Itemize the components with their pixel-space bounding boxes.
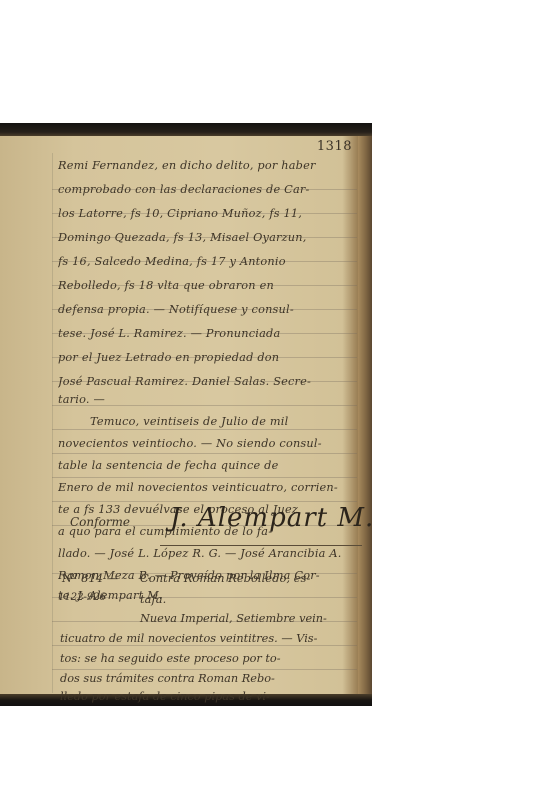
handwritten-line: los Latorre, fs 10, Cipriano Muñoz, fs 1… [58, 207, 358, 231]
handwritten-line: Nueva Imperial, Setiembre vein- [140, 612, 327, 625]
handwritten-line: comprobado con las declaraciones de Car- [58, 183, 358, 207]
margin-line [52, 153, 53, 693]
case-title: Contra Roman Rebolledo, es- [140, 571, 310, 585]
signature-rule [160, 545, 362, 546]
handwritten-line: Enero de mil novecientos veinticuatro, c… [58, 481, 358, 505]
handwritten-line: llado. — José L. López R. G. — José Aran… [58, 547, 358, 571]
page-number: 1318 [317, 139, 352, 154]
handwritten-line: fs 16, Salcedo Medina, fs 17 y Antonio [58, 255, 358, 279]
handwritten-line: Remi Fernandez, en dicho delito, por hab… [58, 159, 358, 183]
handwritten-line: tos: se ha seguido este proceso por to- [60, 652, 281, 665]
handwritten-line: tese. José L. Ramirez. — Pronunciada [58, 327, 358, 351]
handwritten-line: dos sus trámites contra Roman Rebo- [60, 672, 275, 685]
handwritten-line: Domingo Quezada, fs 13, Misael Oyarzun, [58, 231, 358, 255]
handwritten-line: lledo por estafa de cinco pipas de vi- [60, 690, 270, 703]
page-top-edge [0, 123, 372, 136]
handwritten-line: ticuatro de mil novecientos veintitres. … [60, 632, 317, 645]
ruled-line [52, 669, 357, 670]
handwritten-line: tario. — [58, 393, 358, 417]
handwritten-line: por el Juez Letrado en propiedad don [58, 351, 358, 375]
page-binding-edge [358, 136, 372, 694]
signature: J. Alempart M. [170, 503, 374, 533]
handwritten-line: table la sentencia de fecha quince de [58, 459, 358, 483]
case-title-cont: tafa. [140, 592, 166, 606]
handwritten-line: defensa propia. — Notifíquese y consul- [58, 303, 358, 327]
handwritten-line: Temuco, veintiseis de Julio de mil [90, 415, 358, 439]
conforme-label: Conforme [70, 515, 130, 529]
case-number: Nº 814 — [62, 571, 118, 585]
ruled-line [52, 645, 357, 646]
case-reference: 1122-926 [58, 592, 106, 603]
handwritten-line: novecientos veintiocho. — No siendo cons… [58, 437, 358, 461]
handwritten-line: Rebolledo, fs 18 vlta que obraron en [58, 279, 358, 303]
